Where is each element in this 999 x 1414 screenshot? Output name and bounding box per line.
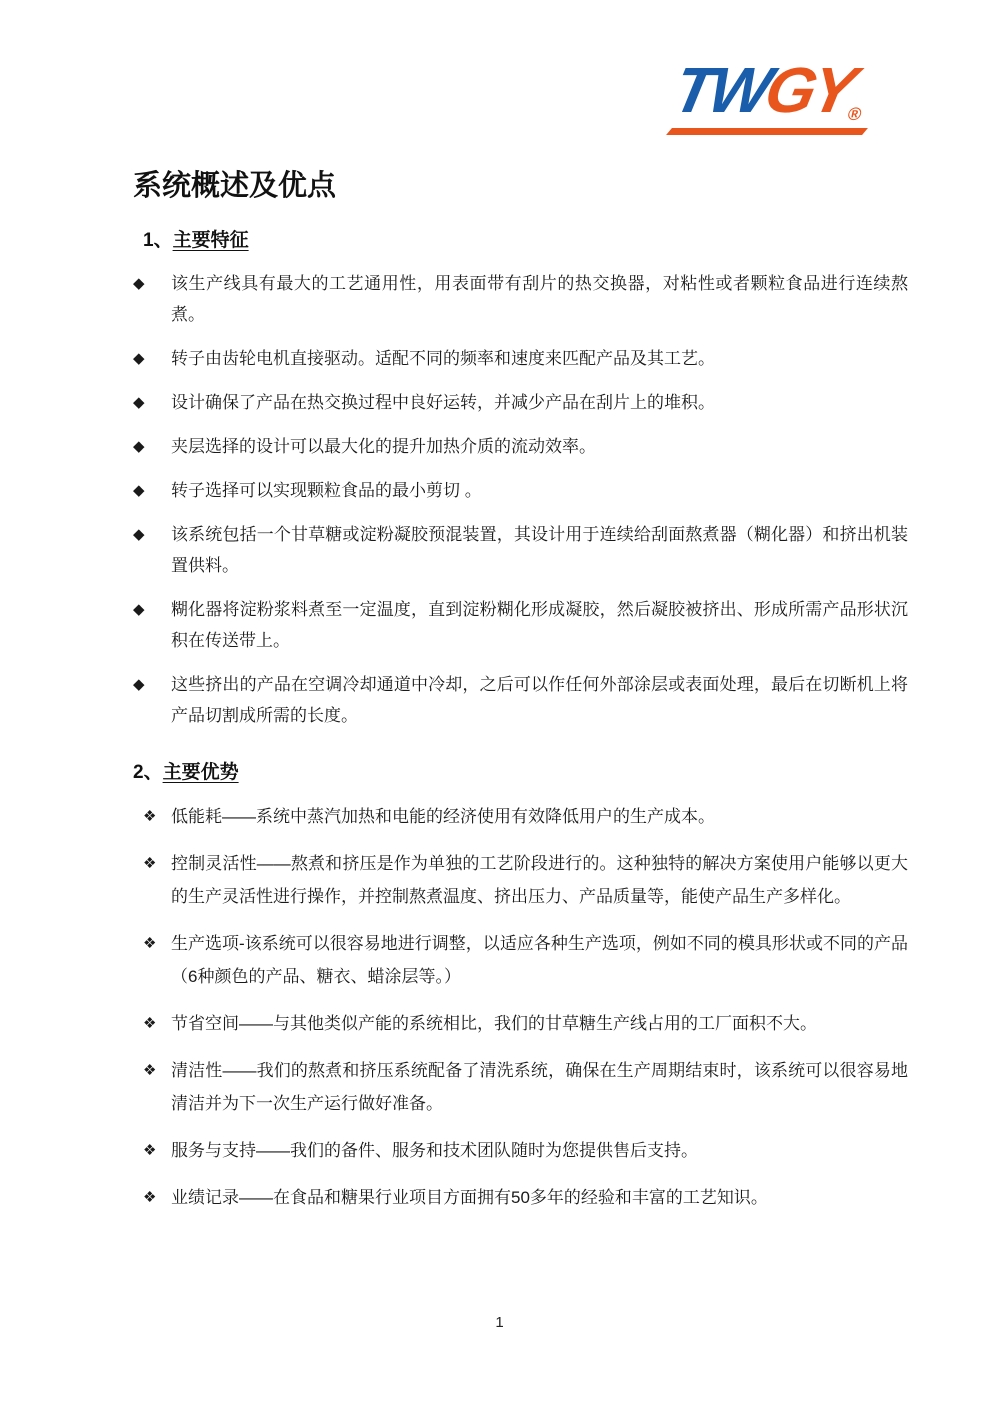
- bullet-item: ❖服务与支持——我们的备件、服务和技术团队随时为您提供售后支持。: [133, 1134, 908, 1167]
- twgy-logo-letters: TWGY®: [668, 58, 873, 123]
- bullet-marker-icon: ❖: [143, 1181, 156, 1214]
- section-label: 主要优势: [163, 762, 239, 783]
- bullet-text: 该系统包括一个甘草糖或淀粉凝胶预混装置，其设计用于连续给刮面熬煮器（糊化器）和挤…: [171, 525, 908, 575]
- bullet-text: 服务与支持——我们的备件、服务和技术团队随时为您提供售后支持。: [171, 1141, 698, 1160]
- logo-blue-letters: TW: [667, 54, 774, 126]
- bullet-item: ◆转子选择可以实现颗粒食品的最小剪切 。: [133, 475, 908, 506]
- bullet-marker-icon: ❖: [143, 847, 156, 880]
- bullet-item: ❖清洁性——我们的熬煮和挤压系统配备了清洗系统，确保在生产周期结束时，该系统可以…: [133, 1054, 908, 1120]
- page-title: 系统概述及优点: [133, 168, 908, 204]
- bullet-marker-icon: ❖: [143, 1054, 156, 1087]
- bullet-text: 转子选择可以实现颗粒食品的最小剪切 。: [171, 481, 482, 500]
- twgy-logo: TWGY®: [675, 58, 907, 135]
- section: 2、主要优势 ❖低能耗——系统中蒸汽加热和电能的经济使用有效降低用户的生产成本。…: [133, 761, 908, 1214]
- bullet-item: ◆这些挤出的产品在空调冷却通道中冷却，之后可以作任何外部涂层或表面处理，最后在切…: [133, 669, 908, 731]
- bullet-item: ❖节省空间——与其他类似产能的系统相比，我们的甘草糖生产线占用的工厂面积不大。: [133, 1007, 908, 1040]
- bullet-item: ◆该系统包括一个甘草糖或淀粉凝胶预混装置，其设计用于连续给刮面熬煮器（糊化器）和…: [133, 519, 908, 581]
- section-number: 1、: [143, 230, 173, 251]
- bullet-marker-icon: ❖: [143, 1134, 156, 1167]
- bullet-item: ◆设计确保了产品在热交换过程中良好运转，并减少产品在刮片上的堆积。: [133, 387, 908, 418]
- section-heading: 1、主要特征: [143, 229, 908, 253]
- bullet-item: ❖生产选项-该系统可以很容易地进行调整，以适应各种生产选项，例如不同的模具形状或…: [133, 927, 908, 993]
- bullet-item: ◆该生产线具有最大的工艺通用性，用表面带有刮片的热交换器，对粘性或者颗粒食品进行…: [133, 268, 908, 330]
- bullet-marker-icon: ◆: [133, 387, 145, 418]
- registered-trademark-icon: ®: [846, 104, 864, 124]
- bullet-marker-icon: ❖: [143, 1007, 156, 1040]
- bullet-list: ◆该生产线具有最大的工艺通用性，用表面带有刮片的热交换器，对粘性或者颗粒食品进行…: [133, 268, 908, 731]
- bullet-text: 节省空间——与其他类似产能的系统相比，我们的甘草糖生产线占用的工厂面积不大。: [171, 1014, 817, 1033]
- bullet-item: ❖业绩记录——在食品和糖果行业项目方面拥有50多年的经验和丰富的工艺知识。: [133, 1181, 908, 1214]
- bullet-list: ❖低能耗——系统中蒸汽加热和电能的经济使用有效降低用户的生产成本。 ❖控制灵活性…: [133, 800, 908, 1214]
- bullet-text: 该生产线具有最大的工艺通用性，用表面带有刮片的热交换器，对粘性或者颗粒食品进行连…: [171, 274, 908, 324]
- bullet-marker-icon: ◆: [133, 268, 145, 299]
- bullet-text: 业绩记录——在食品和糖果行业项目方面拥有50多年的经验和丰富的工艺知识。: [171, 1188, 768, 1207]
- section: 1、主要特征 ◆该生产线具有最大的工艺通用性，用表面带有刮片的热交换器，对粘性或…: [133, 229, 908, 731]
- bullet-item: ◆转子由齿轮电机直接驱动。适配不同的频率和速度来匹配产品及其工艺。: [133, 343, 908, 374]
- sections-container: 1、主要特征 ◆该生产线具有最大的工艺通用性，用表面带有刮片的热交换器，对粘性或…: [133, 229, 908, 1214]
- document-page: TWGY® 系统概述及优点 1、主要特征 ◆该生产线具有最大的工艺通用性，用表面…: [0, 0, 999, 1414]
- bullet-marker-icon: ◆: [133, 475, 145, 506]
- bullet-text: 生产选项-该系统可以很容易地进行调整，以适应各种生产选项，例如不同的模具形状或不…: [171, 934, 908, 986]
- section-label: 主要特征: [173, 230, 249, 251]
- bullet-text: 控制灵活性——熬煮和挤压是作为单独的工艺阶段进行的。这种独特的解决方案使用户能够…: [171, 854, 908, 906]
- bullet-marker-icon: ◆: [133, 519, 145, 550]
- bullet-item: ❖控制灵活性——熬煮和挤压是作为单独的工艺阶段进行的。这种独特的解决方案使用户能…: [133, 847, 908, 913]
- bullet-item: ◆夹层选择的设计可以最大化的提升加热介质的流动效率。: [133, 431, 908, 462]
- bullet-text: 夹层选择的设计可以最大化的提升加热介质的流动效率。: [171, 437, 596, 456]
- bullet-marker-icon: ◆: [133, 343, 145, 374]
- logo-orange-letters: GY: [759, 54, 859, 126]
- bullet-item: ◆糊化器将淀粉浆料煮至一定温度，直到淀粉糊化形成凝胶，然后凝胶被挤出、形成所需产…: [133, 594, 908, 656]
- bullet-marker-icon: ❖: [143, 927, 156, 960]
- bullet-text: 低能耗——系统中蒸汽加热和电能的经济使用有效降低用户的生产成本。: [171, 807, 715, 826]
- bullet-text: 这些挤出的产品在空调冷却通道中冷却，之后可以作任何外部涂层或表面处理，最后在切断…: [171, 675, 908, 725]
- bullet-text: 设计确保了产品在热交换过程中良好运转，并减少产品在刮片上的堆积。: [171, 393, 715, 412]
- bullet-marker-icon: ◆: [133, 669, 145, 700]
- bullet-text: 清洁性——我们的熬煮和挤压系统配备了清洗系统，确保在生产周期结束时，该系统可以很…: [171, 1061, 908, 1113]
- bullet-item: ❖低能耗——系统中蒸汽加热和电能的经济使用有效降低用户的生产成本。: [133, 800, 908, 833]
- section-heading: 2、主要优势: [133, 761, 908, 785]
- bullet-marker-icon: ◆: [133, 431, 145, 462]
- bullet-marker-icon: ❖: [143, 800, 156, 833]
- bullet-text: 糊化器将淀粉浆料煮至一定温度，直到淀粉糊化形成凝胶，然后凝胶被挤出、形成所需产品…: [171, 600, 908, 650]
- bullet-text: 转子由齿轮电机直接驱动。适配不同的频率和速度来匹配产品及其工艺。: [171, 349, 715, 368]
- page-number: 1: [0, 1314, 999, 1331]
- logo-underline: [666, 128, 868, 135]
- section-number: 2、: [133, 762, 163, 783]
- bullet-marker-icon: ◆: [133, 594, 145, 625]
